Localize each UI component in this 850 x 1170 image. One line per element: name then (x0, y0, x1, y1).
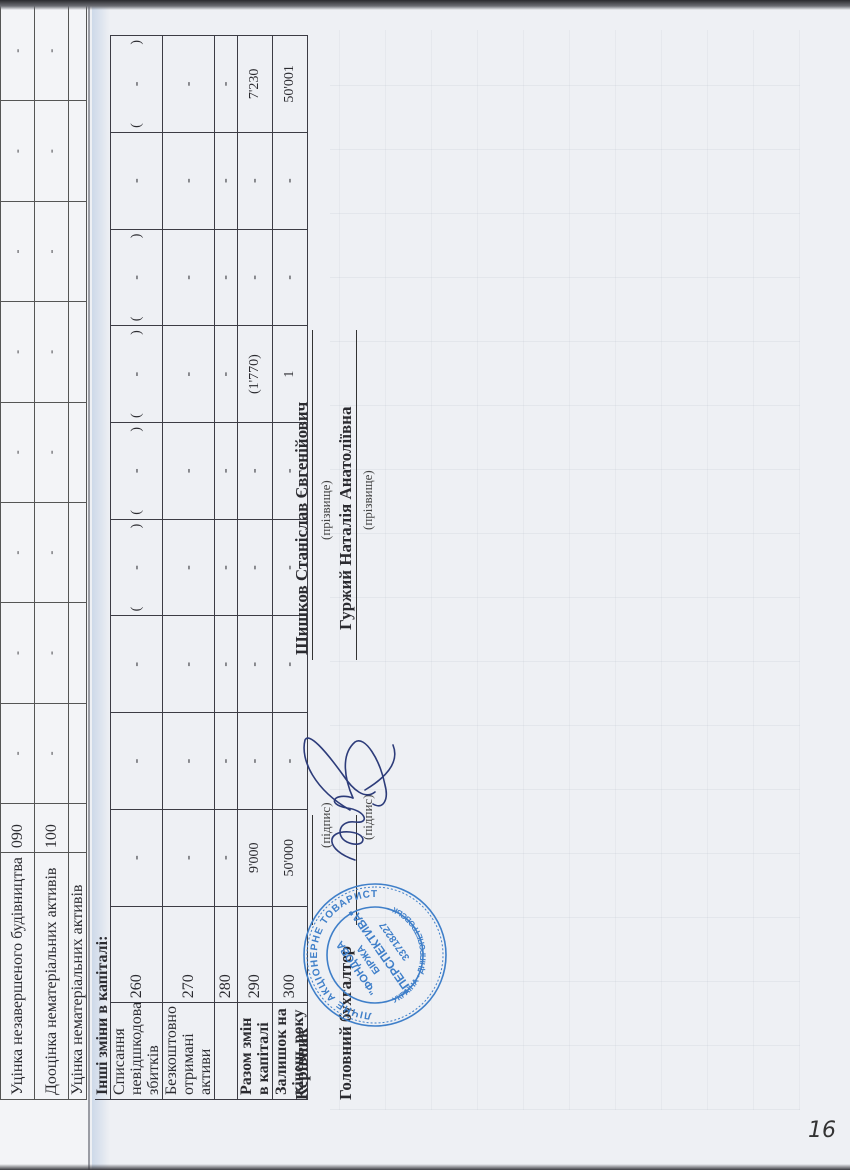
scanner-shadow-bottom (0, 1164, 850, 1170)
row-code: 290 (238, 906, 273, 1003)
value-cell: - (238, 422, 273, 519)
value-cell: - (163, 809, 215, 906)
row-code: 100 (35, 804, 69, 853)
value-cell (69, 502, 87, 602)
row-label: Списання невідшкодованих збитків (111, 1003, 163, 1100)
value-cell (69, 302, 87, 402)
previous-table-row: Дооцінка нематеріальних активів100------… (35, 1, 69, 1100)
value-cell: - (238, 229, 273, 326)
value-cell: 50'001 (273, 36, 308, 133)
director-role-label: Керівник (292, 1028, 312, 1100)
chief-accountant-name: Гуржий Наталія Анатоліївна (336, 407, 356, 630)
value-cell: - (215, 809, 238, 906)
value-cell: - (111, 36, 163, 133)
value-cell: - (215, 422, 238, 519)
row-code: 280 (215, 906, 238, 1003)
table-row: Разом змін в капіталі2909'000----(1'770)… (238, 36, 273, 1100)
row-label: Уцінка незавершеного будівництва (1, 853, 35, 1100)
value-cell: - (1, 703, 35, 803)
value-cell: - (111, 616, 163, 713)
value-cell: - (163, 616, 215, 713)
value-cell: - (163, 229, 215, 326)
value-cell (69, 603, 87, 703)
value-cell (69, 703, 87, 803)
row-label: Разом змін в капіталі (238, 1003, 273, 1100)
value-cell: - (1, 1, 35, 101)
value-cell: - (111, 422, 163, 519)
value-cell: - (111, 326, 163, 423)
value-cell (69, 1, 87, 101)
value-cell: - (35, 201, 69, 301)
value-cell: - (35, 302, 69, 402)
value-cell: - (215, 229, 238, 326)
value-cell: - (215, 36, 238, 133)
value-cell: - (273, 229, 308, 326)
row-label: Дооцінка нематеріальних активів (35, 853, 69, 1100)
value-cell: - (35, 101, 69, 201)
page-number: 16 (808, 1118, 836, 1143)
value-cell: - (1, 302, 35, 402)
value-cell: - (1, 502, 35, 602)
value-cell: - (163, 519, 215, 616)
value-cell: - (215, 132, 238, 229)
chief-accountant-name-line (356, 330, 357, 660)
value-cell: - (215, 519, 238, 616)
value-cell: - (111, 229, 163, 326)
row-label (215, 1003, 238, 1100)
value-cell: 7'230 (238, 36, 273, 133)
value-cell: - (163, 36, 215, 133)
value-cell: - (111, 809, 163, 906)
value-cell: - (163, 713, 215, 810)
row-code (69, 804, 87, 853)
value-cell: - (35, 1, 69, 101)
table-row: 280--------- (215, 36, 238, 1100)
table-row: Безкоштовно отримані активи270--------- (163, 36, 215, 1100)
director-name-line (312, 330, 313, 660)
previous-table-strip: Уцінка незавершеного будівництва090-----… (0, 0, 90, 1170)
value-cell: - (238, 713, 273, 810)
value-cell: - (111, 519, 163, 616)
row-code: 270 (163, 906, 215, 1003)
company-stamp-icon: ПУБЛІЧНЕ АКЦІОНЕРНЕ ТОВАРИСТВО УКРАЇНА •… (300, 880, 450, 1030)
value-cell (69, 201, 87, 301)
value-cell: - (1, 402, 35, 502)
table-row: Списання невідшкодованих збитків260-----… (111, 36, 163, 1100)
scanner-shadow-top (0, 0, 850, 10)
director-name-caption: (прізвище) (318, 480, 334, 540)
previous-table-fragment: Уцінка незавершеного будівництва090-----… (0, 0, 87, 1100)
value-cell: - (238, 519, 273, 616)
signature-scribble-icon (295, 730, 405, 870)
row-label: Безкоштовно отримані активи (163, 1003, 215, 1100)
value-cell: - (111, 713, 163, 810)
value-cell: (1'770) (238, 326, 273, 423)
equity-changes-table: Інші зміни в капіталі:Списання невідшкод… (95, 35, 308, 1100)
row-code: 260 (111, 906, 163, 1003)
value-cell: - (1, 101, 35, 201)
value-cell: - (35, 603, 69, 703)
value-cell: - (111, 132, 163, 229)
document-page: Уцінка незавершеного будівництва090-----… (0, 0, 850, 1170)
value-cell: - (35, 402, 69, 502)
value-cell (69, 101, 87, 201)
previous-table-row: Уцінка незавершеного будівництва090-----… (1, 1, 35, 1100)
value-cell: - (215, 616, 238, 713)
row-label: Уцінка нематеріальних активів (69, 853, 87, 1100)
director-name: Шишков Станіслав Євгенійович (292, 402, 312, 655)
value-cell (69, 402, 87, 502)
value-cell: - (215, 326, 238, 423)
value-cell: 9'000 (238, 809, 273, 906)
chief-accountant-name-caption: (прізвище) (360, 470, 376, 530)
value-cell: - (215, 713, 238, 810)
row-code: 090 (1, 804, 35, 853)
value-cell: - (163, 422, 215, 519)
value-cell: - (238, 616, 273, 713)
previous-table-row: Уцінка нематеріальних активів (69, 1, 87, 1100)
value-cell: - (1, 603, 35, 703)
section-title: Інші зміни в капіталі: (95, 36, 111, 1100)
value-cell: - (1, 201, 35, 301)
value-cell: - (163, 132, 215, 229)
value-cell: - (273, 132, 308, 229)
value-cell: - (163, 326, 215, 423)
value-cell: - (238, 132, 273, 229)
value-cell: - (35, 502, 69, 602)
value-cell: - (35, 703, 69, 803)
